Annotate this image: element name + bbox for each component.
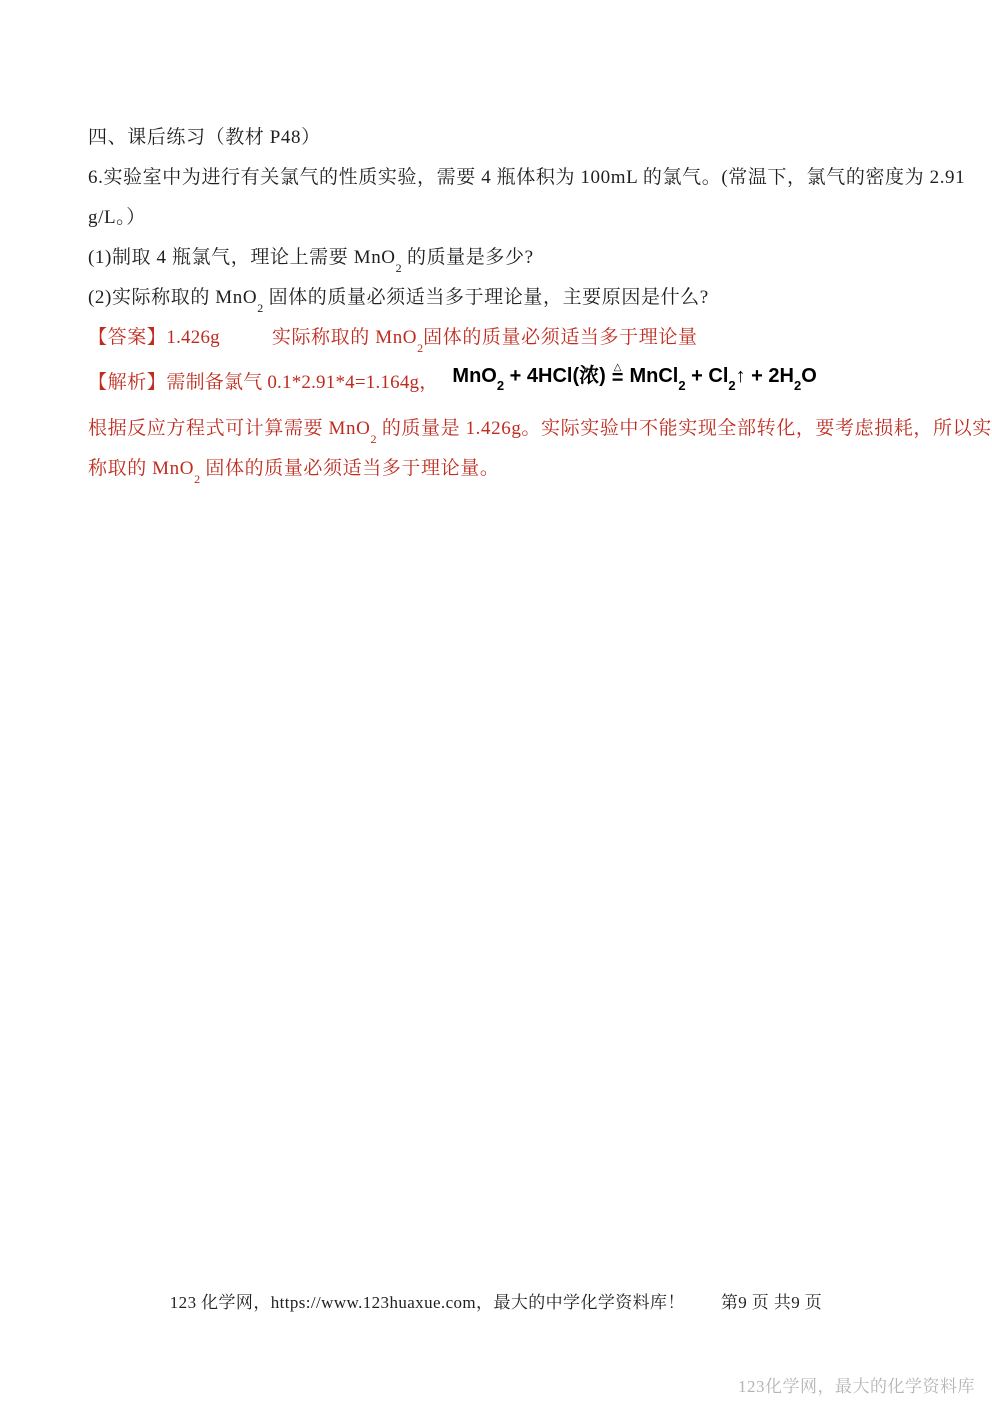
- equation-product-4: O: [801, 365, 817, 387]
- subscript: 2: [794, 378, 801, 393]
- watermark-text: 123化学网，最大的化学资料库: [738, 1372, 975, 1397]
- analysis-line: 【解析】需制备氯气 0.1*2.91*4=1.164g，MnO2 + 4HCl(…: [88, 362, 908, 403]
- part-2-text-pre: (2)实际称取的 MnO: [88, 287, 257, 308]
- equation-product-1: MnCl: [629, 365, 678, 387]
- analysis-calculation: 需制备氯气 0.1*2.91*4=1.164g，: [166, 372, 438, 393]
- analysis-text-line-2: 根据反应方程式可计算需要 MnO2 的质量是 1.426g。实际实验中不能实现全…: [88, 409, 908, 449]
- analysis-line-2-post: 的质量是 1.426g。实际实验中不能实现全部转化，要考虑损耗，所以实际: [376, 418, 992, 439]
- part-1-text-post: 的质量是多少?: [402, 247, 534, 268]
- analysis-text-line-3: 称取的 MnO2 固体的质量必须适当多于理论量。: [88, 449, 908, 489]
- equation-product-3: ↑ + 2H: [736, 365, 794, 387]
- analysis-line-3-post: 固体的质量必须适当多于理论量。: [200, 458, 499, 479]
- subscript: 2: [257, 301, 263, 315]
- equals-sign: =: [612, 372, 624, 385]
- delta-heating-condition-icon: △=: [612, 363, 624, 385]
- question-text-line-1: 6.实验室中为进行有关氯气的性质实验，需要 4 瓶体积为 100mL 的氯气。(…: [88, 158, 908, 198]
- footer-site-info: 123 化学网，https://www.123huaxue.com，最大的中学化…: [170, 1293, 685, 1312]
- answer-label: 【答案】: [88, 327, 166, 348]
- page-footer: 123 化学网，https://www.123huaxue.com，最大的中学化…: [0, 1288, 992, 1318]
- subscript: 2: [678, 378, 685, 393]
- question-line-2-text: g/L。）: [88, 207, 146, 228]
- analysis-label: 【解析】: [88, 372, 166, 393]
- equation-reactant-1: MnO: [452, 365, 496, 387]
- subscript: 2: [194, 472, 200, 486]
- page-indicator: 第9 页 共9 页: [721, 1293, 822, 1312]
- part-2-text-post: 固体的质量必须适当多于理论量，主要原因是什么?: [263, 287, 709, 308]
- section-heading: 四、课后练习（教材 P48）: [88, 118, 908, 158]
- document-page: 四、课后练习（教材 P48） 6.实验室中为进行有关氯气的性质实验，需要 4 瓶…: [88, 118, 908, 489]
- part-1-text-pre: (1)制取 4 瓶氯气，理论上需要 MnO: [88, 247, 396, 268]
- section-heading-text: 四、课后练习（教材 P48）: [88, 127, 321, 148]
- answer-value: 1.426g: [166, 327, 219, 348]
- answer-line: 【答案】1.426g实际称取的 MnO2固体的质量必须适当多于理论量: [88, 318, 908, 358]
- chemical-equation: MnO2 + 4HCl(浓)△=MnCl2 + Cl2↑ + 2H2O: [452, 365, 816, 387]
- equation-product-2: + Cl: [686, 365, 729, 387]
- question-part-2: (2)实际称取的 MnO2 固体的质量必须适当多于理论量，主要原因是什么?: [88, 278, 908, 318]
- answer-sentence-post: 固体的质量必须适当多于理论量: [423, 327, 697, 348]
- subscript: 2: [396, 261, 402, 275]
- subscript: 2: [728, 378, 735, 393]
- answer-sentence-pre: 实际称取的 MnO: [272, 327, 417, 348]
- subscript: 2: [417, 341, 423, 355]
- equation-reactant-2: + 4HCl(浓): [504, 365, 606, 387]
- question-part-1: (1)制取 4 瓶氯气，理论上需要 MnO2 的质量是多少?: [88, 238, 908, 278]
- subscript: 2: [370, 432, 376, 446]
- analysis-line-3-pre: 称取的 MnO: [88, 458, 194, 479]
- question-text-line-2: g/L。）: [88, 198, 908, 238]
- subscript: 2: [497, 378, 504, 393]
- analysis-line-2-pre: 根据反应方程式可计算需要 MnO: [88, 418, 370, 439]
- question-line-1-text: 6.实验室中为进行有关氯气的性质实验，需要 4 瓶体积为 100mL 的氯气。(…: [88, 167, 965, 188]
